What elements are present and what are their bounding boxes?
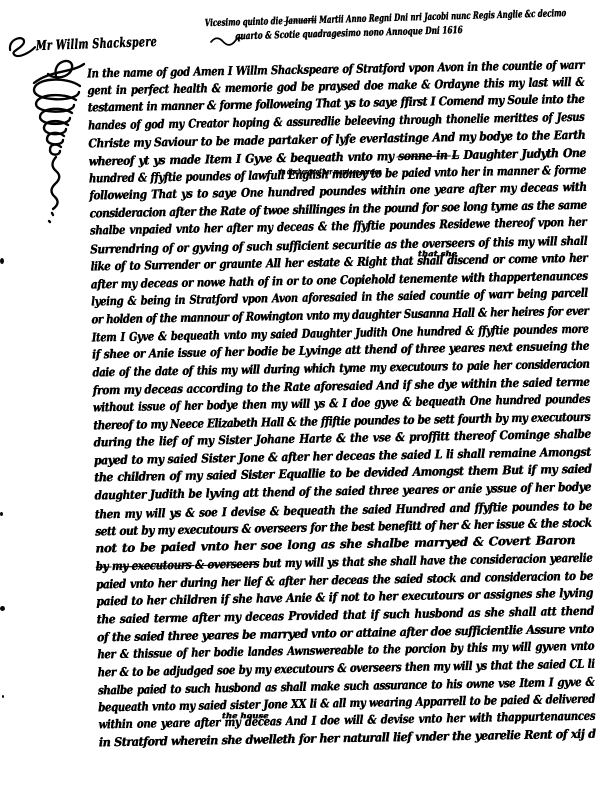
docket: Mr Willm Shackspere [6,26,244,60]
ink-speck [2,695,4,698]
margin-spiral-flourish [22,56,94,228]
manuscript-page: Vicesimo quinto die J̶a̶n̶u̶a̶r̶i̶i̶ Mar… [0,0,600,785]
ink-speck [0,512,3,516]
docket-tail-flourish-icon [208,32,242,47]
ink-speck [0,258,4,264]
docket-label: Mr Willm Shackspere [36,34,157,54]
will-body-text: In the name of god Amen I Willm Shackspe… [87,56,596,753]
spiral-flourish-icon [22,56,94,224]
superscription: Vicesimo quinto die J̶a̶n̶u̶a̶r̶i̶i̶ Mar… [205,7,574,45]
ink-speck [0,606,5,611]
